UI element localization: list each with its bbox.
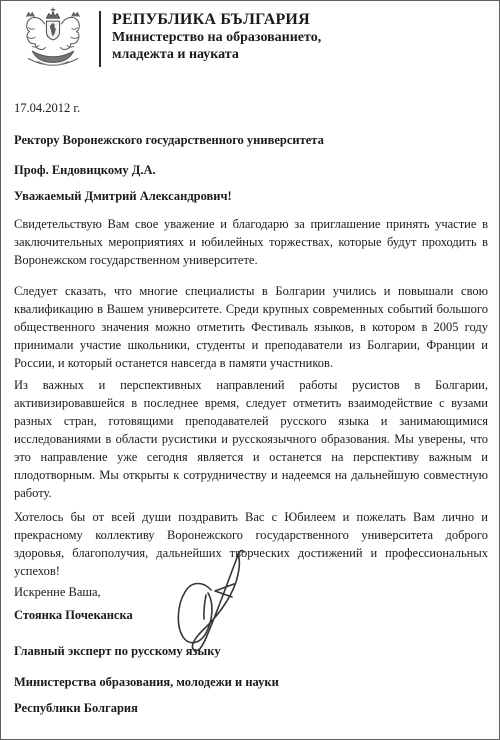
letterhead-divider	[99, 11, 101, 67]
recipient-name: Проф. Ендовицкому Д.А.	[14, 161, 488, 179]
signer-org-line2: Республики Болгария	[14, 699, 488, 717]
recipient-title: Ректору Воронежского государственного ун…	[14, 131, 344, 149]
signer-title: Главный эксперт по русскому языку	[14, 642, 488, 660]
country-title: РЕПУБЛИКА БЪЛГАРИЯ	[112, 10, 321, 29]
closing-line: Искренне Ваша,	[14, 583, 488, 601]
signer-org-line1: Министерства образования, молодежи и нау…	[14, 673, 488, 691]
paragraph-4: Хотелось бы от всей души поздравить Вас …	[14, 508, 488, 580]
ministry-name-line2: младежта и науката	[112, 46, 321, 63]
signer-name: Стоянка Почеканска	[14, 606, 488, 624]
letter-page: РЕПУБЛИКА БЪЛГАРИЯ Министерство на образ…	[0, 0, 500, 740]
paragraph-3: Из важных и перспективных направлений ра…	[14, 376, 488, 502]
salutation: Уважаемый Дмитрий Александрович!	[14, 187, 488, 205]
ministry-name-line1: Министерство на образованието,	[112, 29, 321, 46]
letterhead: РЕПУБЛИКА БЪЛГАРИЯ Министерство на образ…	[15, 7, 499, 71]
letterhead-text: РЕПУБЛИКА БЪЛГАРИЯ Министерство на образ…	[112, 7, 321, 63]
paragraph-1: Свидетельствую Вам свое уважение и благо…	[14, 215, 488, 269]
bulgaria-coat-of-arms-icon	[15, 7, 91, 69]
letter-date: 17.04.2012 г.	[14, 99, 488, 117]
paragraph-2: Следует сказать, что многие специалисты …	[14, 282, 488, 372]
